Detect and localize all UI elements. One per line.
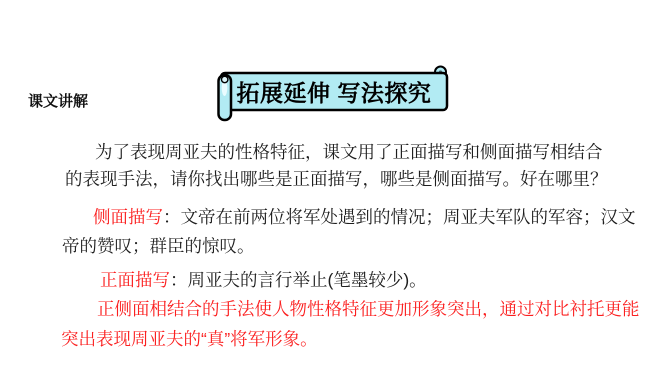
lesson-section-label: 课文讲解 (28, 94, 88, 109)
title-scroll-banner: 拓展延伸 写法探究 (216, 62, 452, 124)
side-description-line-2: 帝的赞叹；群臣的惊叹。 (62, 232, 255, 261)
summary-line-2: 突出表现周亚夫的“真”将军形象。 (61, 325, 318, 354)
side-description-text: 文帝在前两位将军处遇到的情况；周亚夫军队的军容；汉文 (181, 207, 636, 227)
side-description-label: 侧面描写 (93, 207, 163, 227)
side-description-line-1: 侧面描写：文帝在前两位将军处遇到的情况；周亚夫军队的军容；汉文 (93, 203, 636, 232)
front-description-label: 正面描写 (100, 270, 170, 290)
front-description-text: 周亚夫的言行举止(笔墨较少)。 (188, 270, 427, 290)
slide-title: 拓展延伸 写法探究 (221, 73, 447, 110)
front-description-line: 正面描写：周亚夫的言行举止(笔墨较少)。 (100, 266, 427, 295)
side-description-colon: ： (163, 207, 181, 227)
summary-line-1: 正侧面相结合的手法使人物性格特征更加形象突出，通过对比衬托更能 (97, 295, 640, 324)
question-line-1: 为了表现周亚夫的性格特征，课文用了正面描写和侧面描写相结合 (95, 138, 603, 167)
front-description-colon: ： (170, 270, 188, 290)
question-line-2: 的表现手法，请你找出哪些是正面描写，哪些是侧面描写。好在哪里？ (65, 165, 608, 194)
presentation-slide: 课文讲解 拓展延伸 写法探究 为了表现周亚夫的性格特征，课文用了正面描写和侧面描… (0, 0, 668, 376)
